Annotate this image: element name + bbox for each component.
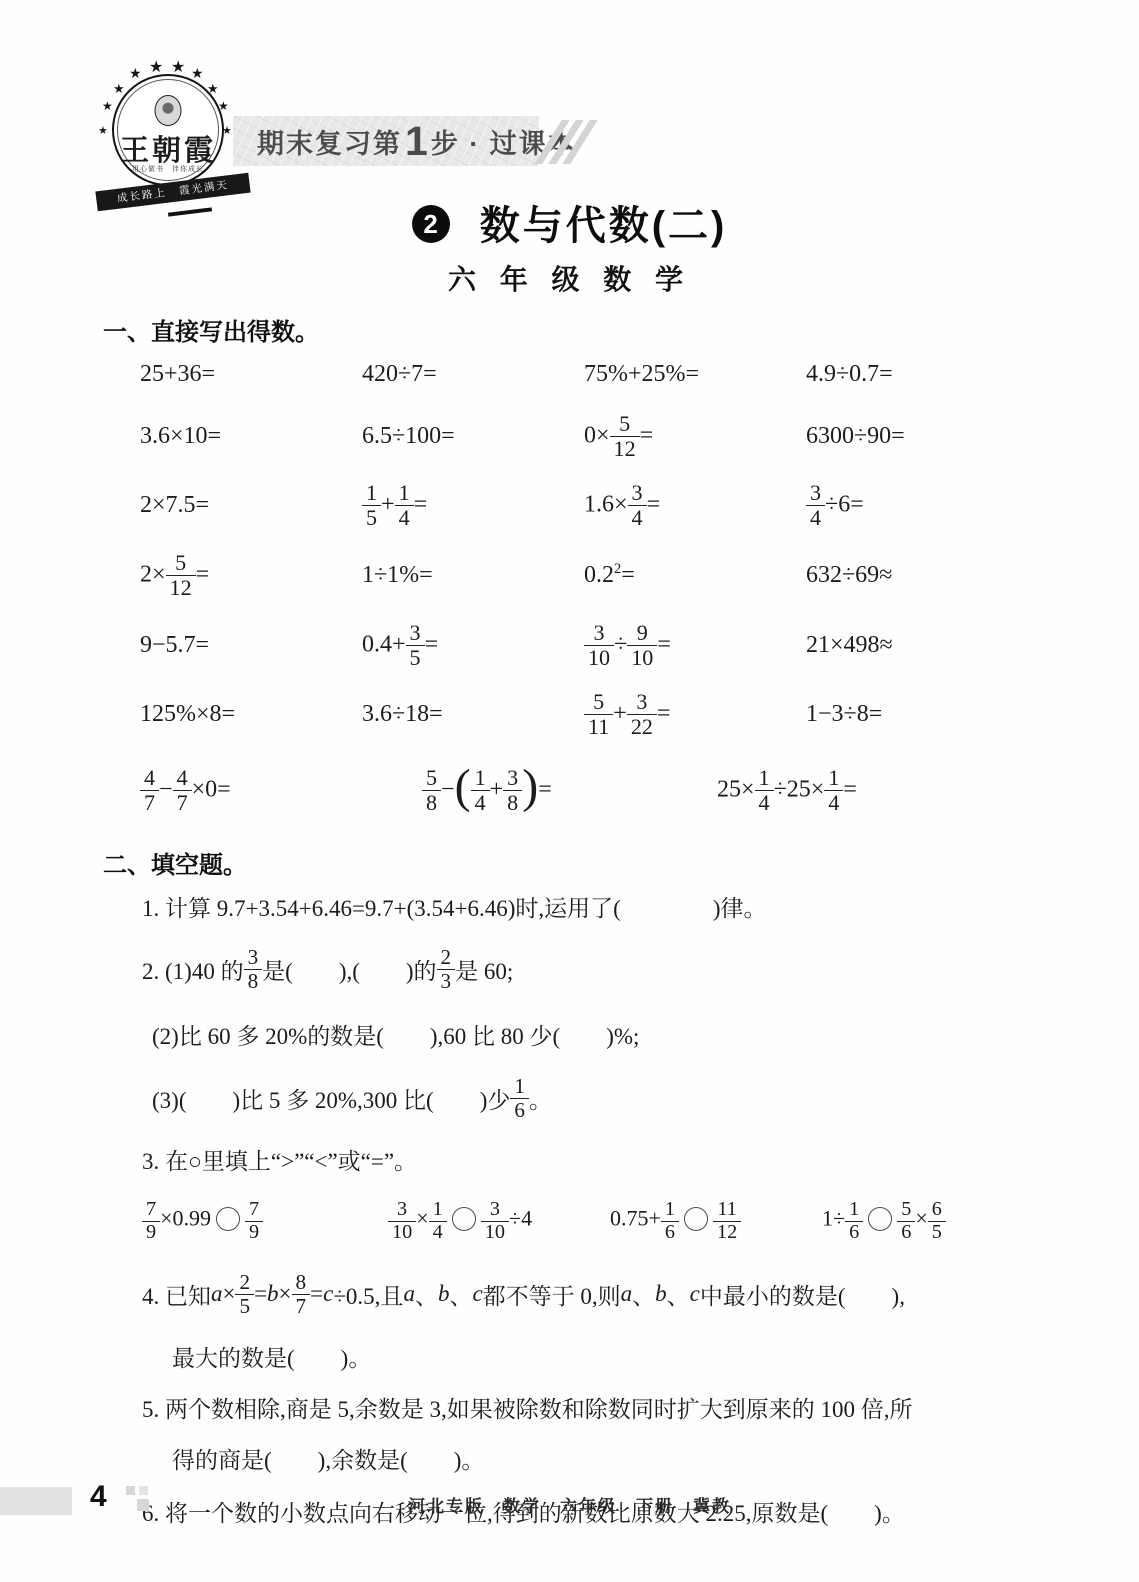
math-expression: 1−3÷8= <box>806 701 1028 728</box>
chapter-number-badge: 2 <box>412 205 450 243</box>
fraction: 25 <box>235 1271 254 1316</box>
worksheet-page: { "header": { "logo": { "name": "王朝霞", "… <box>0 0 1139 1582</box>
fraction: 38 <box>244 946 263 991</box>
fraction: 47 <box>173 766 192 813</box>
banner-text-prefix: 期末复习第 <box>257 122 402 161</box>
fraction: 14 <box>395 481 414 528</box>
fill-in-blanks-block: 1. 计算 9.7+3.54+6.46=9.7+(3.54+6.46)时,运用了… <box>142 880 1062 1538</box>
fraction: 65 <box>928 1199 946 1242</box>
fraction: 15 <box>362 481 381 528</box>
math-expression: 9−5.7= <box>140 632 362 659</box>
page-subtitle: 六 年 级 数 学 <box>0 258 1139 298</box>
section1-heading: 一、直接写出得数。 <box>103 312 319 347</box>
comparison-circle <box>868 1207 892 1231</box>
math-expression: 25×14÷25×14= <box>717 766 857 813</box>
fraction: 23 <box>437 946 456 991</box>
math-expression: 25+36= <box>140 361 362 388</box>
math-expression: 1÷1%= <box>362 562 584 589</box>
math-expression: 0.22= <box>584 561 806 589</box>
fraction: 310 <box>388 1199 416 1242</box>
fraction: 14 <box>471 766 490 813</box>
fraction: 512 <box>610 412 640 459</box>
fraction: 47 <box>140 766 159 813</box>
fraction: 910 <box>627 621 657 668</box>
fraction: 1112 <box>713 1199 741 1242</box>
star-icon: ★ <box>102 100 113 112</box>
math-expression: 58−(14+38)= <box>422 766 717 813</box>
calc-row: 3.6×10=6.5÷100=0×512=6300÷90= <box>140 402 1080 470</box>
star-icon: ★ <box>98 126 108 137</box>
math-expression: 0×512= <box>584 412 806 459</box>
fraction: 56 <box>897 1199 915 1242</box>
math-expression: 310÷910= <box>584 621 806 668</box>
math-expression: 75%+25%= <box>584 361 806 388</box>
fill-line: 4. 已知 a×25=b×87=c÷0.5,且 a、b、c 都不等于 0,则 a… <box>142 1258 1062 1330</box>
math-expression: 0.4+35= <box>362 621 584 668</box>
fraction: 35 <box>406 621 425 668</box>
calc-row: 125%×8=3.6÷18=511+322=1−3÷8= <box>140 680 1080 748</box>
banner-slashes-decoration <box>548 120 584 164</box>
fill-line: 最大的数是( )。 <box>172 1330 1062 1382</box>
star-icon: ★ <box>129 68 142 82</box>
fraction: 58 <box>422 766 441 813</box>
comparison-circle <box>684 1207 708 1231</box>
math-expression: 1.6×34= <box>584 481 806 528</box>
calc-row: 2×512=1÷1%=0.22=632÷69≈ <box>140 540 1080 610</box>
header-banner: 期末复习第 1 步 · 过课本 <box>233 116 539 166</box>
calc-row: 2×7.5=15+14=1.6×34=34÷6= <box>140 470 1080 540</box>
fraction: 34 <box>628 481 647 528</box>
math-expression: 125%×8= <box>140 701 362 728</box>
math-expression: 3.6÷18= <box>362 701 584 728</box>
math-expression: 511+322= <box>584 690 806 737</box>
fill-line: 得的商是( ),余数是( )。 <box>172 1432 1062 1484</box>
fraction: 322 <box>627 690 657 737</box>
comparison-expression: 1÷1656×65 <box>822 1199 946 1242</box>
comparison-row: 79×0.9979310×14310÷40.75+1611121÷1656×65 <box>142 1184 1062 1258</box>
comparison-expression: 79×0.9979 <box>142 1199 388 1242</box>
calc-row: 25+36=420÷7=75%+25%=4.9÷0.7= <box>140 346 1080 402</box>
math-expression: 47−47×0= <box>140 766 422 813</box>
chapter-title: 数与代数(二) <box>480 204 728 248</box>
comparison-circle <box>452 1207 476 1231</box>
banner-step-number: 1 <box>405 118 428 165</box>
fill-line: (3)( )比 5 多 20%,300 比( )少16。 <box>152 1062 1062 1134</box>
star-icon: ★ <box>113 82 125 95</box>
fraction: 16 <box>510 1075 529 1120</box>
fraction: 14 <box>429 1199 447 1242</box>
fraction: 512 <box>166 551 196 598</box>
math-expression: 6300÷90= <box>806 423 1028 450</box>
math-expression: 15+14= <box>362 481 584 528</box>
footer-edition-text: 河北专版 数学 六年级 下册 冀教 <box>0 1492 1139 1517</box>
fill-line: (2)比 60 多 20%的数是( ),60 比 80 少( )%; <box>152 1006 1062 1062</box>
fraction: 34 <box>806 481 825 528</box>
math-expression: 2×7.5= <box>140 492 362 519</box>
fraction: 14 <box>755 766 774 813</box>
logo-tagline: 用心做书 伴你成长 <box>114 164 222 174</box>
math-expression: 420÷7= <box>362 361 584 388</box>
fraction: 16 <box>845 1199 863 1242</box>
math-expression: 4.9÷0.7= <box>806 361 1028 388</box>
calc-row: 9−5.7=0.4+35=310÷910=21×498≈ <box>140 610 1080 680</box>
portrait-icon <box>155 95 182 126</box>
fraction: 310 <box>584 621 614 668</box>
section2-heading: 二、填空题。 <box>103 845 247 880</box>
logo-brand-name: 王朝霞 <box>114 128 222 169</box>
fraction: 14 <box>824 766 843 813</box>
fraction: 511 <box>584 690 613 737</box>
fraction: 87 <box>292 1271 311 1316</box>
comparison-circle <box>216 1207 240 1231</box>
fill-line: 2. (1)40 的38是( ),( )的23是 60; <box>142 932 1062 1006</box>
math-expression: 34÷6= <box>806 481 1028 528</box>
math-expression: 3.6×10= <box>140 423 362 450</box>
fraction: 79 <box>245 1199 263 1242</box>
comparison-expression: 0.75+161112 <box>610 1199 822 1242</box>
fraction: 310 <box>481 1199 509 1242</box>
math-expression: 2×512= <box>140 551 362 598</box>
fill-line: 1. 计算 9.7+3.54+6.46=9.7+(3.54+6.46)时,运用了… <box>142 880 1062 932</box>
logo-circle: 王朝霞 用心做书 伴你成长 <box>112 74 224 186</box>
page-title: 2 数与代数(二) <box>0 194 1139 251</box>
comparison-expression: 310×14310÷4 <box>388 1199 610 1242</box>
fill-line: 5. 两个数相除,商是 5,余数是 3,如果被除数和除数同时扩大到原来的 100… <box>142 1382 1062 1432</box>
math-expression: 21×498≈ <box>806 632 1028 659</box>
calculation-grid: 25+36=420÷7=75%+25%=4.9÷0.7=3.6×10=6.5÷1… <box>140 346 1080 832</box>
fraction: 79 <box>142 1199 160 1242</box>
calc-row: 47−47×0=58−(14+38)=25×14÷25×14= <box>140 748 1080 832</box>
fraction: 16 <box>661 1199 679 1242</box>
math-expression: 6.5÷100= <box>362 423 584 450</box>
fill-line: 3. 在○里填上“>”“<”或“=”。 <box>142 1134 1062 1184</box>
math-expression: 632÷69≈ <box>806 562 1028 589</box>
fraction: 38 <box>503 766 522 813</box>
